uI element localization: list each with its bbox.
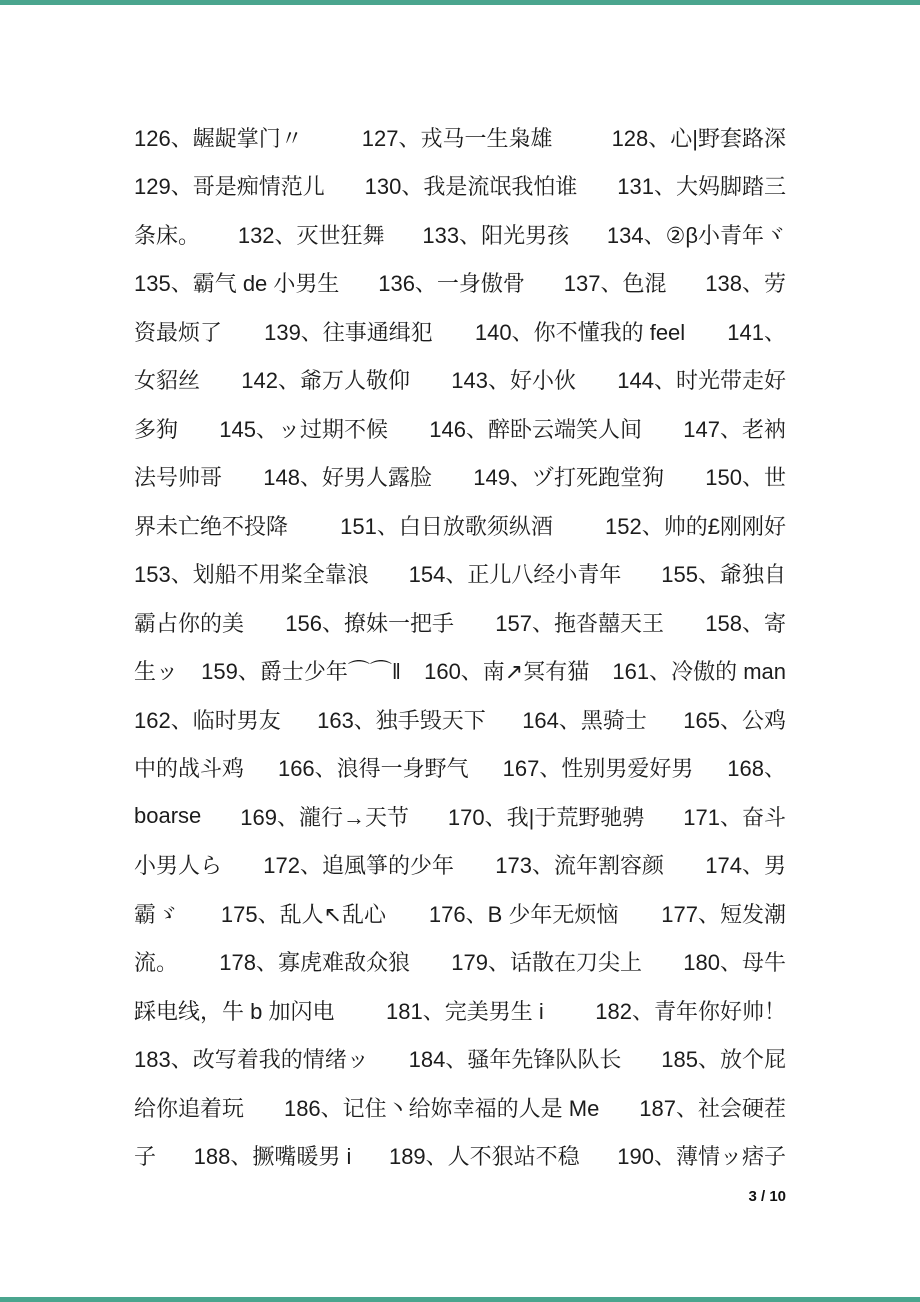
line-segment: 资最烦了: [134, 316, 222, 347]
line-segment: 188、撅嘴暖男 i: [194, 1140, 352, 1171]
line-segment: 女貂丝: [134, 364, 200, 395]
line-segment: 148、好男人露脸: [263, 461, 432, 492]
text-line: 162、临时男友163、独手毁天下164、黑骑士165、公鸡: [134, 695, 786, 744]
text-line: 126、龌龊掌门〃127、戎马一生枭雄128、心|野套路深: [134, 113, 786, 162]
line-segment: 给你追着玩: [134, 1092, 244, 1123]
line-segment: 173、流年割容颜: [495, 849, 664, 880]
text-line: 女貂丝142、爺万人敬仰143、好小伙144、时光带走好: [134, 356, 786, 405]
line-segment: 134、②β小青年ヾ: [607, 219, 786, 250]
line-segment: 152、帅的£刚刚好: [605, 510, 786, 541]
text-line: 流。178、寡虎难敌众狼179、话散在刀尖上180、母牛: [134, 938, 786, 987]
line-segment: 164、黑骑士: [522, 704, 647, 735]
line-segment: 多狗: [134, 413, 178, 444]
line-segment: 160、南↗冥有猫: [424, 655, 589, 686]
text-line: 中的战斗鸡166、浪得一身野气167、性别男爱好男168、: [134, 744, 786, 793]
line-segment: 165、公鸡: [683, 704, 786, 735]
text-line: 135、霸气 de 小男生136、一身傲骨137、色混138、劳: [134, 259, 786, 308]
line-segment: 183、改写着我的情绪ッ: [134, 1043, 369, 1074]
line-segment: 171、奋斗: [683, 801, 786, 832]
line-segment: 180、母牛: [683, 946, 786, 977]
text-line: 129、哥是痴情范儿130、我是流氓我怕谁131、大妈脚踏三: [134, 162, 786, 211]
text-line: 霸占你的美156、撩妹一把手157、拖沓囍天王158、寄: [134, 598, 786, 647]
line-segment: 170、我|于荒野驰骋: [448, 801, 644, 832]
document-text: 126、龌龊掌门〃127、戎马一生枭雄128、心|野套路深129、哥是痴情范儿1…: [134, 113, 786, 1180]
line-segment: 小男人ら: [134, 849, 222, 880]
line-segment: 158、寄: [705, 607, 786, 638]
text-line: 给你追着玩186、记住丶给妳幸福的人是 Me187、社会硬茬: [134, 1083, 786, 1132]
line-segment: boarse: [134, 803, 201, 829]
line-segment: 156、撩妹一把手: [285, 607, 454, 638]
line-segment: 146、醉卧云端笑人间: [429, 413, 642, 444]
text-line: 条床。132、灭世狂舞133、阳光男孩134、②β小青年ヾ: [134, 210, 786, 259]
line-segment: 132、灭世狂舞: [238, 219, 385, 250]
line-segment: 137、色混: [564, 267, 667, 298]
line-segment: 157、拖沓囍天王: [495, 607, 664, 638]
line-segment: 169、瀧行→天节: [240, 801, 409, 832]
text-line: boarse169、瀧行→天节170、我|于荒野驰骋171、奋斗: [134, 792, 786, 841]
line-segment: 151、白日放歌须纵酒: [340, 510, 553, 541]
text-line: 资最烦了139、往事通缉犯140、你不懂我的 feel141、: [134, 307, 786, 356]
document-page: { "page": { "background": "#ffffff", "ru…: [0, 0, 920, 1302]
text-line: 183、改写着我的情绪ッ184、骚年先锋队队长185、放个屁: [134, 1035, 786, 1084]
line-segment: 144、时光带走好: [617, 364, 786, 395]
line-segment: 187、社会硬茬: [639, 1092, 786, 1123]
line-segment: 161、冷傲的 man: [612, 655, 786, 686]
line-segment: 生ッ: [134, 655, 178, 686]
line-segment: 127、戎马一生枭雄: [362, 122, 553, 153]
line-segment: 176、B 少年无烦恼: [429, 898, 619, 929]
line-segment: 177、短发潮: [661, 898, 786, 929]
line-segment: 131、大妈脚踏三: [617, 170, 786, 201]
line-segment: 139、往事通缉犯: [264, 316, 433, 347]
line-segment: 179、话散在刀尖上: [451, 946, 642, 977]
line-segment: 流。: [134, 946, 178, 977]
line-segment: 185、放个屁: [661, 1043, 786, 1074]
line-segment: 178、寡虎难敌众狼: [219, 946, 410, 977]
line-segment: 162、临时男友: [134, 704, 281, 735]
line-segment: 172、追風箏的少年: [263, 849, 454, 880]
line-segment: 130、我是流氓我怕谁: [365, 170, 578, 201]
line-segment: 142、爺万人敬仰: [241, 364, 410, 395]
text-line: 153、划船不用桨全靠浪154、正儿八经小青年155、爺独自: [134, 550, 786, 599]
text-line: 霸ゞ175、乱人↖乱心176、B 少年无烦恼177、短发潮: [134, 889, 786, 938]
line-segment: 163、独手毁天下: [317, 704, 486, 735]
line-segment: 145、ッ过期不候: [219, 413, 388, 444]
line-segment: 159、爵士少年⌒⌒‖: [201, 655, 401, 686]
line-segment: 条床。: [134, 219, 200, 250]
line-segment: 136、一身傲骨: [378, 267, 525, 298]
line-segment: 153、划船不用桨全靠浪: [134, 558, 369, 589]
line-segment: 150、世: [705, 461, 786, 492]
line-segment: 189、人不狠站不稳: [389, 1140, 580, 1171]
text-line: 子188、撅嘴暖男 i189、人不狠站不稳190、薄情ッ痞子: [134, 1132, 786, 1181]
line-segment: 190、薄情ッ痞子: [617, 1140, 786, 1171]
text-line: 踩电线，牛 b 加闪电181、完美男生 i182、青年你好帅！: [134, 986, 786, 1035]
line-segment: 186、记住丶给妳幸福的人是 Me: [284, 1092, 599, 1123]
line-segment: 174、男: [705, 849, 786, 880]
line-segment: 168、: [727, 752, 786, 783]
text-line: 界未亡绝不投降151、白日放歌须纵酒152、帅的£刚刚好: [134, 501, 786, 550]
line-segment: 175、乱人↖乱心: [221, 898, 386, 929]
line-segment: 184、骚年先锋队队长: [409, 1043, 622, 1074]
line-segment: 中的战斗鸡: [134, 752, 244, 783]
line-segment: 子: [134, 1140, 156, 1171]
line-segment: 界未亡绝不投降: [134, 510, 288, 541]
text-line: 生ッ159、爵士少年⌒⌒‖160、南↗冥有猫161、冷傲的 man: [134, 647, 786, 696]
line-segment: 133、阳光男孩: [422, 219, 569, 250]
line-segment: 181、完美男生 i: [386, 995, 544, 1026]
line-segment: 141、: [727, 316, 786, 347]
line-segment: 霸ゞ: [134, 898, 178, 929]
line-segment: 129、哥是痴情范儿: [134, 170, 325, 201]
line-segment: 143、好小伙: [451, 364, 576, 395]
text-line: 法号帅哥148、好男人露脸149、ヅ打死跑堂狗150、世: [134, 453, 786, 502]
line-segment: 踩电线，牛 b 加闪电: [134, 995, 334, 1026]
line-segment: 霸占你的美: [134, 607, 244, 638]
line-segment: 法号帅哥: [134, 461, 222, 492]
line-segment: 147、老衲: [683, 413, 786, 444]
line-segment: 166、浪得一身野气: [278, 752, 469, 783]
line-segment: 135、霸气 de 小男生: [134, 267, 339, 298]
page-border-top: [0, 0, 920, 5]
text-line: 多狗145、ッ过期不候146、醉卧云端笑人间147、老衲: [134, 404, 786, 453]
line-segment: 126、龌龊掌门〃: [134, 122, 303, 153]
text-line: 小男人ら172、追風箏的少年173、流年割容颜174、男: [134, 841, 786, 890]
page-border-bottom: [0, 1297, 920, 1302]
line-segment: 167、性别男爱好男: [503, 752, 694, 783]
page-number: 3 / 10: [134, 1188, 786, 1205]
line-segment: 149、ヅ打死跑堂狗: [473, 461, 664, 492]
line-segment: 128、心|野套路深: [612, 122, 786, 153]
line-segment: 155、爺独自: [661, 558, 786, 589]
line-segment: 138、劳: [705, 267, 786, 298]
line-segment: 182、青年你好帅！: [595, 995, 786, 1026]
line-segment: 140、你不懂我的 feel: [475, 316, 685, 347]
line-segment: 154、正儿八经小青年: [409, 558, 622, 589]
